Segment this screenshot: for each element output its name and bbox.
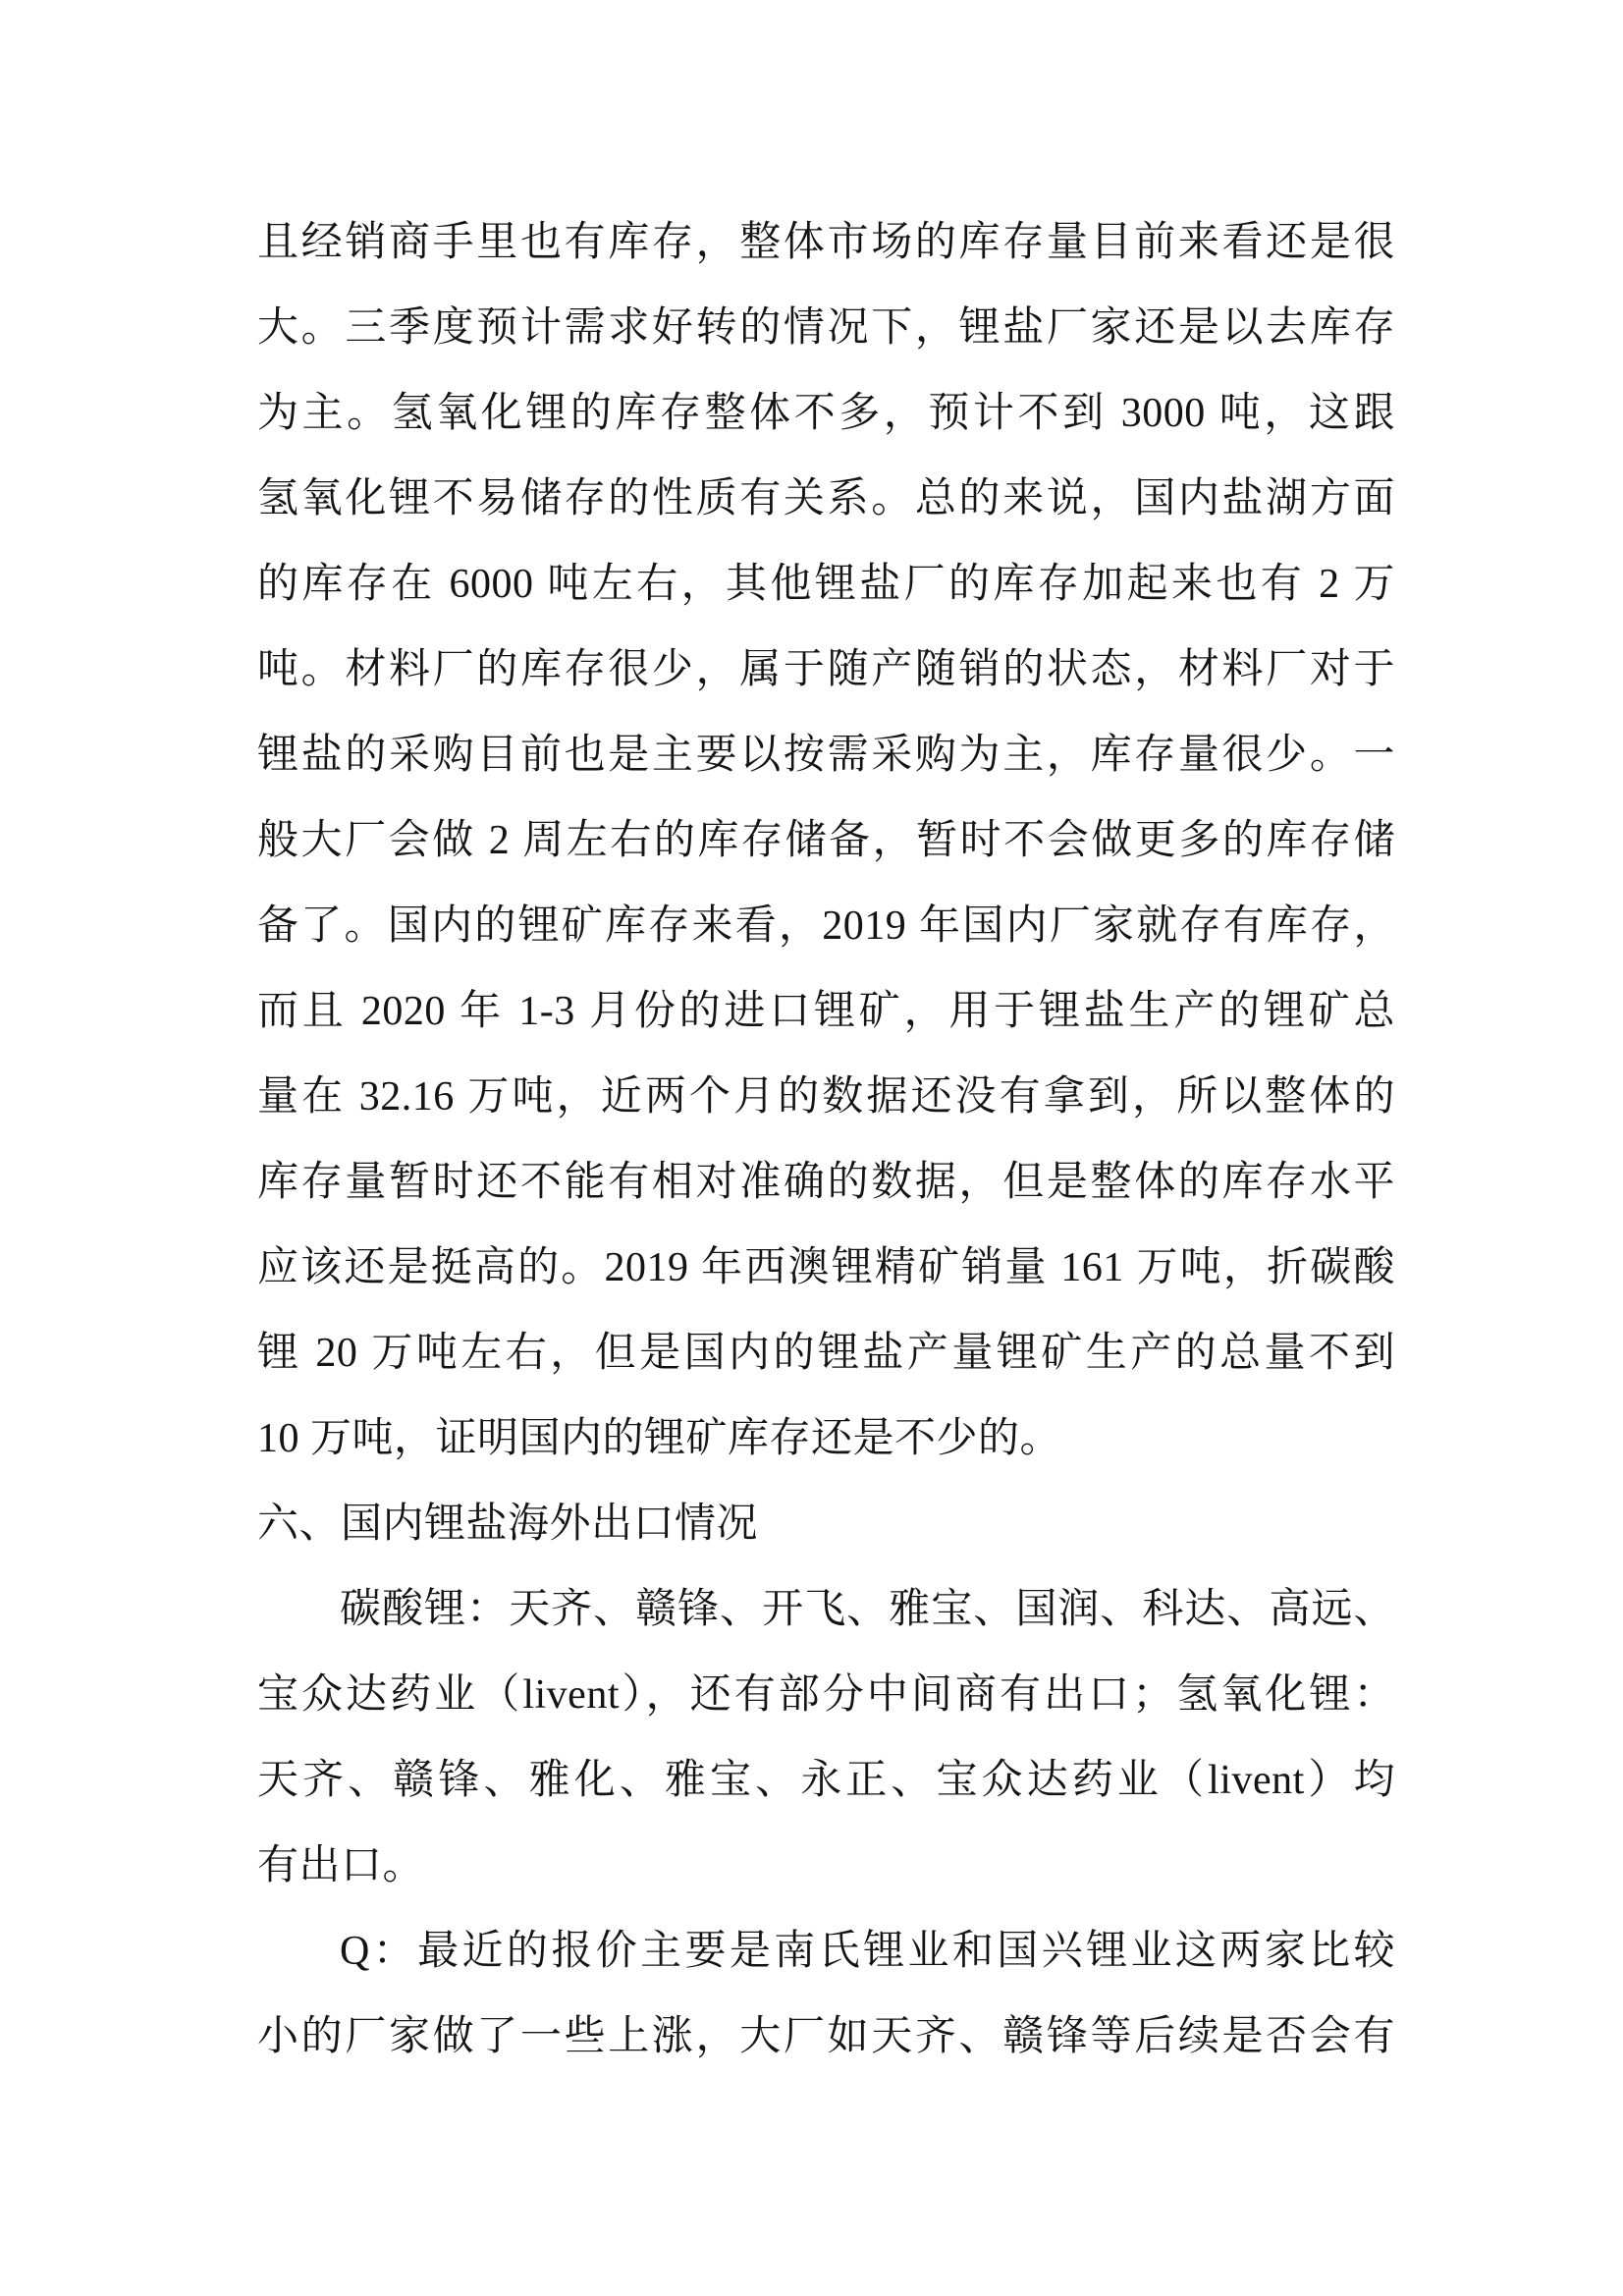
- section-heading: 六、国内锂盐海外出口情况: [257, 1482, 1395, 1567]
- text-line: 应该还是挺高的。2019 年西澳锂精矿销量 161 万吨，折碳酸: [257, 1226, 1395, 1311]
- text-line: 而且 2020 年 1-3 月份的进口锂矿，用于锂盐生产的锂矿总: [257, 969, 1395, 1055]
- text-line: 且经销商手里也有库存，整体市场的库存量目前来看还是很: [257, 200, 1395, 286]
- text-line: Q：最近的报价主要是南氏锂业和国兴锂业这两家比较: [257, 1909, 1395, 1995]
- text-line: 锂 20 万吨左右，但是国内的锂盐产量锂矿生产的总量不到: [257, 1311, 1395, 1396]
- text-line: 有出口。: [257, 1824, 1395, 1909]
- text-line: 小的厂家做了一些上涨，大厂如天齐、赣锋等后续是否会有: [257, 1995, 1395, 2080]
- text-line: 大。三季度预计需求好转的情况下，锂盐厂家还是以去库存: [257, 286, 1395, 371]
- text-line: 宝众达药业（livent），还有部分中间商有出口；氢氧化锂：: [257, 1653, 1395, 1738]
- text-line: 锂盐的采购目前也是主要以按需采购为主，库存量很少。一: [257, 713, 1395, 798]
- text-line: 碳酸锂：天齐、赣锋、开飞、雅宝、国润、科达、高远、: [257, 1567, 1395, 1653]
- text-line: 吨。材料厂的库存很少，属于随产随销的状态，材料厂对于: [257, 628, 1395, 713]
- text-line: 库存量暂时还不能有相对准确的数据，但是整体的库存水平: [257, 1140, 1395, 1226]
- text-line: 的库存在 6000 吨左右，其他锂盐厂的库存加起来也有 2 万: [257, 542, 1395, 628]
- document-text-block: 且经销商手里也有库存，整体市场的库存量目前来看还是很 大。三季度预计需求好转的情…: [257, 200, 1395, 2080]
- text-line: 10 万吨，证明国内的锂矿库存还是不少的。: [257, 1396, 1395, 1482]
- text-line: 氢氧化锂不易储存的性质有关系。总的来说，国内盐湖方面: [257, 457, 1395, 542]
- document-page: 且经销商手里也有库存，整体市场的库存量目前来看还是很 大。三季度预计需求好转的情…: [0, 0, 1623, 2296]
- text-line: 量在 32.16 万吨，近两个月的数据还没有拿到，所以整体的: [257, 1055, 1395, 1140]
- text-line: 般大厂会做 2 周左右的库存储备，暂时不会做更多的库存储: [257, 798, 1395, 884]
- text-line: 为主。氢氧化锂的库存整体不多，预计不到 3000 吨，这跟: [257, 371, 1395, 457]
- text-line: 备了。国内的锂矿库存来看，2019 年国内厂家就存有库存，: [257, 884, 1395, 969]
- text-line: 天齐、赣锋、雅化、雅宝、永正、宝众达药业（livent）均: [257, 1738, 1395, 1824]
